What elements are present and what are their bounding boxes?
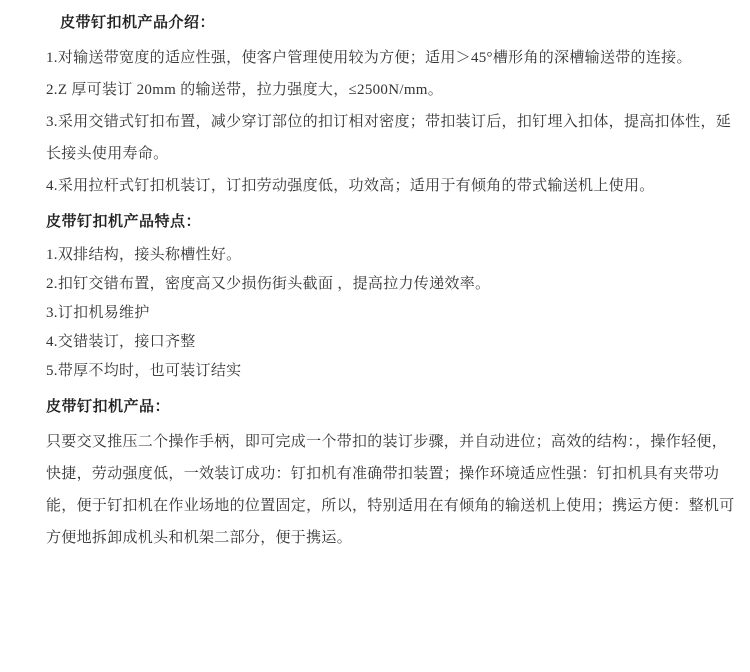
feature-item: 3.订扣机易维护 (46, 299, 742, 328)
section-product: 皮带钉扣机产品： 只要交叉推压二个操作手柄，即可完成一个带扣的装订步骤，并自动进… (46, 388, 742, 554)
feature-item: 1.双排结构，接头称槽性好。 (46, 241, 742, 270)
section-intro: 皮带钉扣机产品介绍： 1.对输送带宽度的适应性强，使客户管理使用较为方便；适用＞… (46, 8, 742, 202)
feature-item: 5.带厚不均时，也可装订结实 (46, 357, 742, 386)
intro-item: 1.对输送带宽度的适应性强，使客户管理使用较为方便；适用＞45°槽形角的深槽输送… (46, 42, 742, 74)
product-description-page: 皮带钉扣机产品介绍： 1.对输送带宽度的适应性强，使客户管理使用较为方便；适用＞… (0, 0, 750, 672)
section-features: 皮带钉扣机产品特点： 1.双排结构，接头称槽性好。 2.扣钉交错布置，密度高又少… (46, 202, 742, 388)
section-heading-features: 皮带钉扣机产品特点： (46, 205, 742, 241)
section-heading-product: 皮带钉扣机产品： (46, 390, 742, 426)
product-paragraph: 只要交叉推压二个操作手柄，即可完成一个带扣的装订步骤，并自动进位；高效的结构：，… (46, 426, 742, 554)
section-heading-intro: 皮带钉扣机产品介绍： (46, 8, 742, 42)
intro-item: 3.采用交错式钉扣布置，减少穿订部位的扣订相对密度；带扣装订后，扣钉埋入扣体，提… (46, 106, 742, 170)
intro-item: 4.采用拉杆式钉扣机装订，订扣劳动强度低，功效高；适用于有倾角的带式输送机上使用… (46, 170, 742, 202)
feature-item: 2.扣钉交错布置，密度高又少损伤街头截面 ，提高拉力传递效率。 (46, 270, 742, 299)
intro-item: 2.Z 厚可装订 20mm 的输送带，拉力强度大，≤2500N/mm。 (46, 74, 742, 106)
feature-item: 4.交错装订，接口齐整 (46, 328, 742, 357)
